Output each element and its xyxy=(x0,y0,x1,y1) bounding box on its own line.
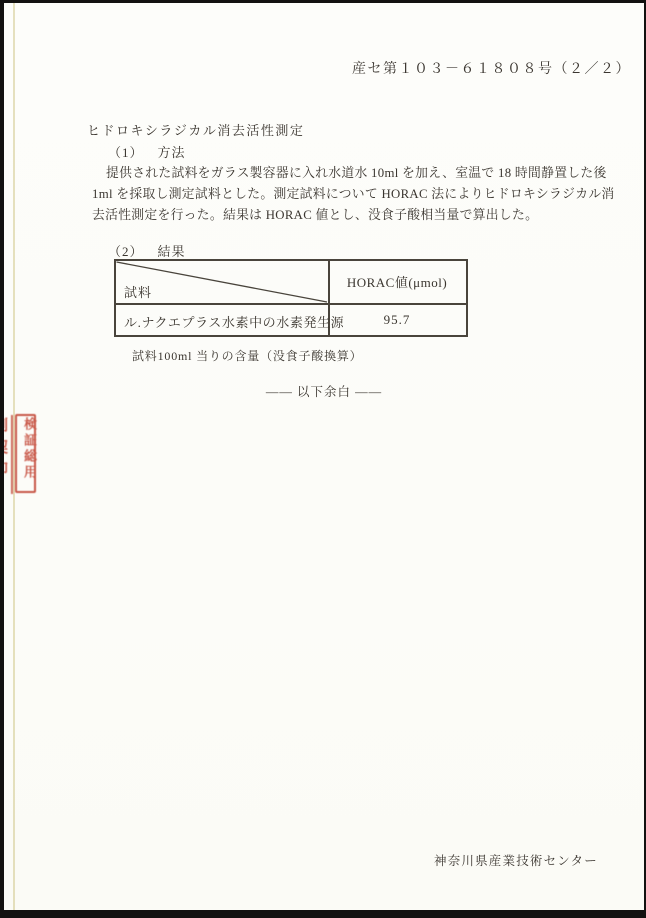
issuing-organization: 神奈川県産業技術センター xyxy=(434,851,598,869)
method-line-1: 提供された試料をガラス製容器に入れ水道水 10ml を加え、室温で 18 時間静… xyxy=(92,163,615,184)
document-number: 産セ第１０３－６１８０８号（２／２） xyxy=(352,58,631,78)
method-heading-label: 方法 xyxy=(158,145,186,160)
stamp-divider-line xyxy=(11,415,13,494)
method-paragraph: 提供された試料をガラス製容器に入れ水道水 10ml を加え、室温で 18 時間静… xyxy=(92,163,615,226)
table-footnote: 試料100ml 当りの含量（没食子酸換算） xyxy=(132,347,362,364)
report-title: ヒドロキシラジカル消去活性測定 xyxy=(87,120,304,139)
results-heading: （2）結果 xyxy=(108,241,186,260)
table-header-sample: 試料 xyxy=(124,282,152,301)
method-heading: （1）方法 xyxy=(108,142,186,161)
paper: 産セ第１０３－６１８０８号（２／２） ヒドロキシラジカル消去活性測定 （1）方法… xyxy=(4,3,644,910)
stamp-box-glyphs: 検証総用 xyxy=(20,417,39,481)
table-row-divider xyxy=(116,303,466,305)
method-line-3: 去活性測定を行った。結果は HORAC 値とし、没食子酸相当量で算出した。 xyxy=(92,205,615,226)
results-table: 試料 HORAC値(μmol) ル.ナクエプラス水素中の水素発生源 95.7 xyxy=(114,259,468,337)
table-cell-horac-value: 95.7 xyxy=(328,312,466,328)
method-heading-number: （1） xyxy=(108,145,144,160)
table-cell-sample-name: ル.ナクエプラス水素中の水素発生源 xyxy=(124,312,344,331)
results-heading-number: （2） xyxy=(108,244,144,259)
scanned-page: 産セ第１０３－６１８０８号（２／２） ヒドロキシラジカル消去活性測定 （1）方法… xyxy=(0,0,646,918)
table-header-horac-value: HORAC値(μmol) xyxy=(328,272,466,291)
results-heading-label: 結果 xyxy=(158,244,186,259)
method-line-2: 1ml を採取し測定試料とした。測定試料について HORAC 法によりヒドロキシ… xyxy=(92,184,615,205)
stamp-box: 検証総用 xyxy=(15,414,36,493)
page-seal-stamp: 割契印 検証総用 xyxy=(4,414,43,498)
end-of-text-note: ―― 以下余白 ―― xyxy=(4,382,644,400)
stamp-edge-glyphs: 割契印 xyxy=(4,417,10,483)
